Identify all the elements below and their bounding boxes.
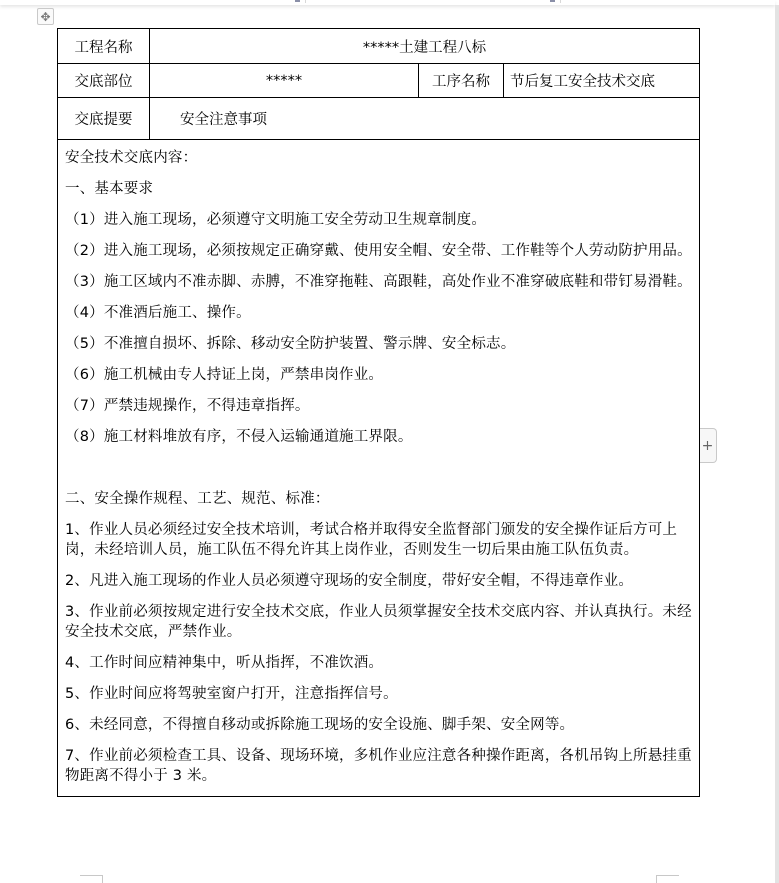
disclosure-part-row: 交底部位 ***** 工序名称 节后复工安全技术交底 xyxy=(58,64,700,98)
list-item: 7、作业前必须检查工具、设备、现场环境，多机作业应注意各种操作距离，各机吊钩上所… xyxy=(65,746,693,786)
summary-value[interactable]: 安全注意事项 xyxy=(150,98,700,140)
list-item: （1）进入施工现场，必须遵守文明施工安全劳动卫生规章制度。 xyxy=(65,210,693,230)
blank-line xyxy=(65,447,693,489)
page-corner-mark xyxy=(656,875,679,883)
disclosure-part-value[interactable]: ***** xyxy=(150,64,419,98)
editor-top-bar xyxy=(0,0,775,5)
project-name-label: 工程名称 xyxy=(58,29,150,64)
disclosure-part-label: 交底部位 xyxy=(58,64,150,98)
disclosure-content[interactable]: 安全技术交底内容： 一、基本要求 （1）进入施工现场，必须遵守文明施工安全劳动卫… xyxy=(58,140,700,797)
list-item: 1、作业人员必须经过安全技术培训，考试合格并取得安全监督部门颁发的安全操作证后方… xyxy=(65,520,693,560)
process-name-label: 工序名称 xyxy=(419,64,504,98)
list-item: 4、工作时间应精神集中，听从指挥，不准饮酒。 xyxy=(65,653,693,673)
ruler-divider xyxy=(305,0,306,3)
process-name-value[interactable]: 节后复工安全技术交底 xyxy=(504,64,700,98)
list-item: （8）施工材料堆放有序，不侵入运输通道施工界限。 xyxy=(65,427,693,447)
list-item: 3、作业前必须按规定进行安全技术交底，作业人员须掌握安全技术交底内容、并认真执行… xyxy=(65,602,693,642)
table-move-handle-icon[interactable]: ✥ xyxy=(37,8,54,25)
list-item: （4）不准酒后施工、操作。 xyxy=(65,303,693,323)
ruler-divider xyxy=(560,0,561,3)
content-title: 安全技术交底内容： xyxy=(65,148,693,168)
plus-icon: + xyxy=(702,438,714,454)
add-column-button[interactable]: + xyxy=(699,428,717,463)
list-item: 2、凡进入施工现场的作业人员必须遵守现场的安全制度，带好安全帽，不得违章作业。 xyxy=(65,571,693,591)
safety-disclosure-table: 工程名称 *****土建工程八标 交底部位 ***** 工序名称 节后复工安全技… xyxy=(57,28,700,797)
list-item: 6、未经同意，不得擅自移动或拆除施工现场的安全设施、脚手架、安全网等。 xyxy=(65,715,693,735)
list-item: （7）严禁违规操作，不得违章指挥。 xyxy=(65,396,693,416)
section-2-heading: 二、安全操作规程、工艺、规范、标准： xyxy=(65,489,693,509)
list-item: （3）施工区域内不准赤脚、赤膊，不准穿拖鞋、高跟鞋，高处作业不准穿破底鞋和带钉易… xyxy=(65,272,693,292)
list-item: （5）不准擅自损坏、拆除、移动安全防护装置、警示牌、安全标志。 xyxy=(65,334,693,354)
summary-label: 交底提要 xyxy=(58,98,150,140)
vertical-scrollbar[interactable] xyxy=(775,5,779,883)
section-1-heading: 一、基本要求 xyxy=(65,179,693,199)
project-name-value[interactable]: *****土建工程八标 xyxy=(150,29,700,64)
ruler-marker-icon[interactable] xyxy=(295,0,300,2)
content-row: 安全技术交底内容： 一、基本要求 （1）进入施工现场，必须遵守文明施工安全劳动卫… xyxy=(58,140,700,797)
summary-row: 交底提要 安全注意事项 xyxy=(58,98,700,140)
list-item: （6）施工机械由专人持证上岗，严禁串岗作业。 xyxy=(65,365,693,385)
project-name-row: 工程名称 *****土建工程八标 xyxy=(58,29,700,64)
ruler-marker-icon[interactable] xyxy=(550,0,555,2)
page-corner-mark xyxy=(80,875,103,883)
list-item: （2）进入施工现场，必须按规定正确穿戴、使用安全帽、安全带、工作鞋等个人劳动防护… xyxy=(65,241,693,261)
list-item: 5、作业时间应将驾驶室窗户打开，注意指挥信号。 xyxy=(65,684,693,704)
